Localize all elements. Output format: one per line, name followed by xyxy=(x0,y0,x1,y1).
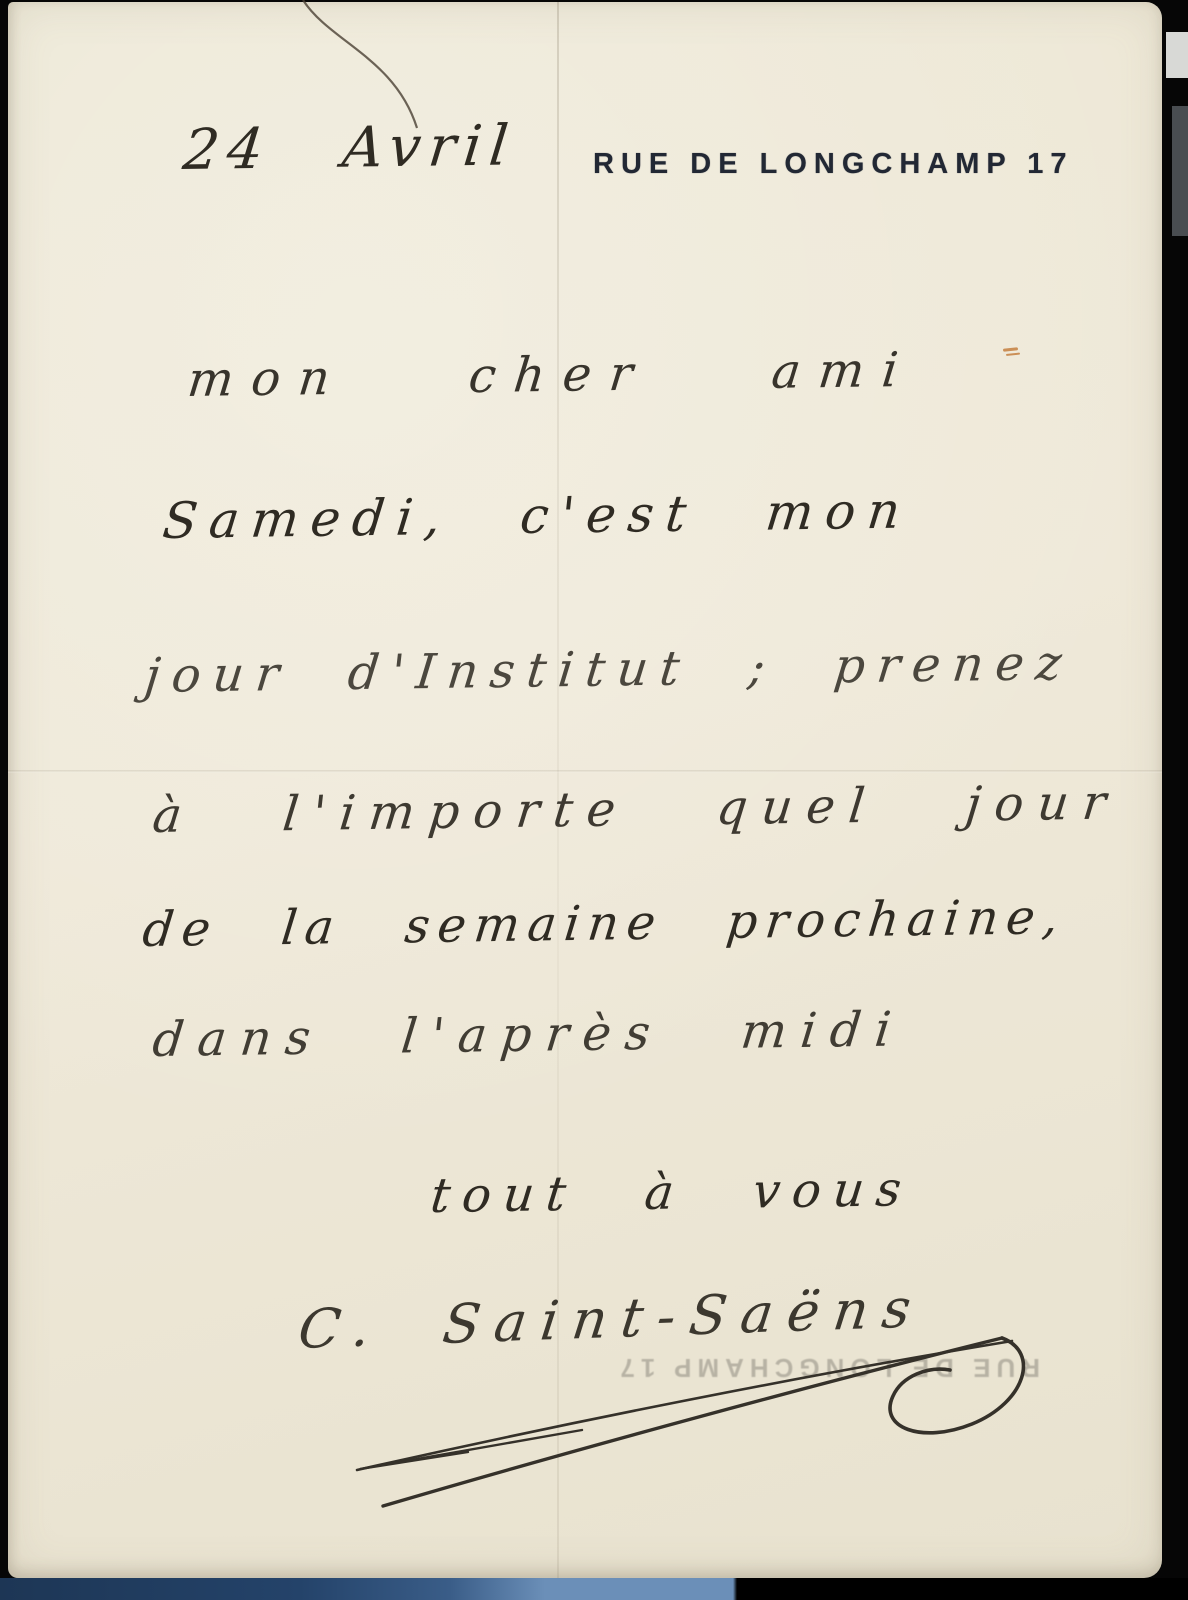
backdrop-sliver-white xyxy=(1166,32,1188,78)
fold-crease-horizontal xyxy=(8,770,1162,773)
letter-photograph: RUE DE LONGCHAMP 17 24 Avril mon cher am… xyxy=(0,0,1188,1600)
letterhead-offset-stamp: RUE DE LONGCHAMP 17 xyxy=(562,1352,1040,1383)
letterhead-text: RUE DE LONGCHAMP 17 xyxy=(593,148,1074,181)
backdrop-sliver-gray xyxy=(1172,106,1188,236)
body-line-6: dans l'après midi xyxy=(150,1002,908,1068)
body-line-1: mon cher ami xyxy=(185,342,919,408)
body-line-2: Samedi, c'est mon xyxy=(160,482,915,550)
date-line: 24 Avril xyxy=(180,113,519,183)
table-edge-strip xyxy=(0,1578,1188,1600)
closing-line: tout à vous xyxy=(428,1161,916,1224)
